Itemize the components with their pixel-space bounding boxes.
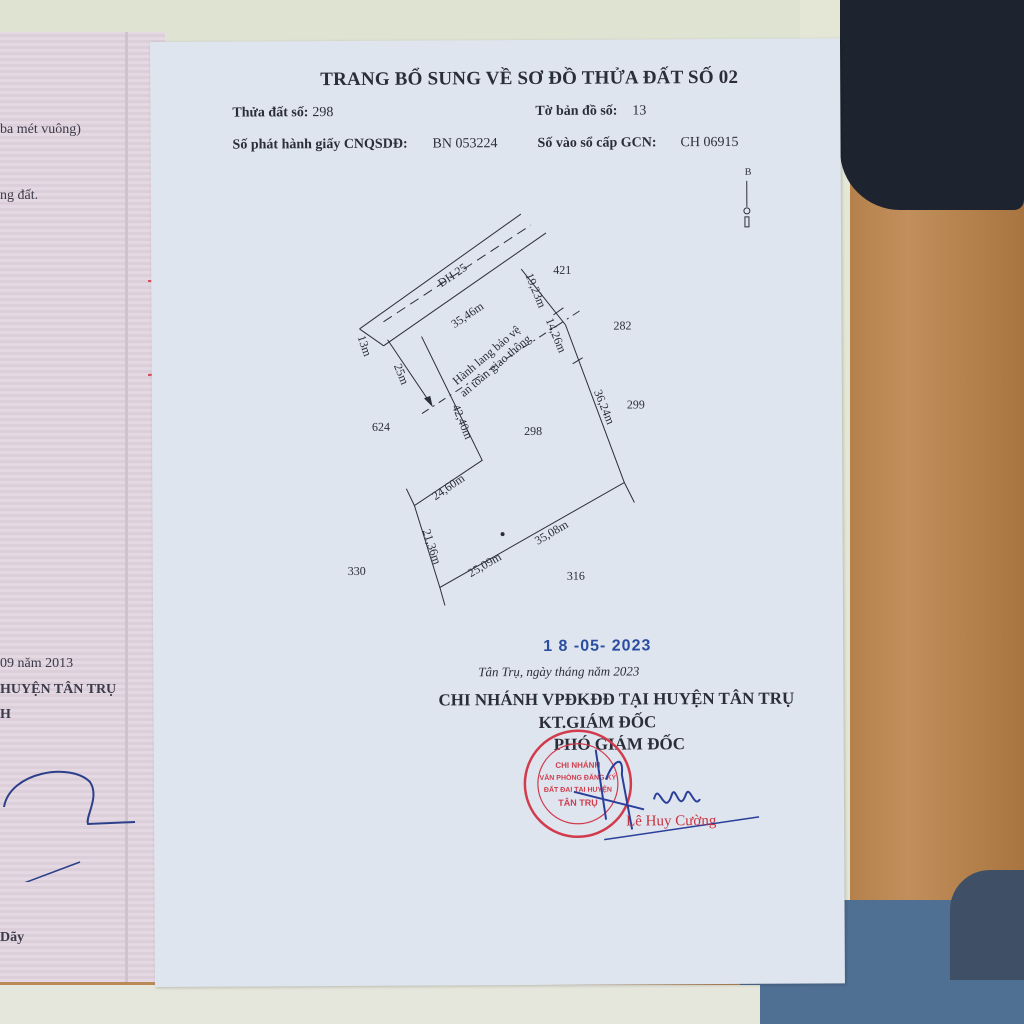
issuing-office: CHI NHÁNH VPĐKĐĐ TẠI HUYỆN TÂN TRỤ: [438, 689, 794, 711]
dim-south-east: 35,08m: [532, 517, 571, 548]
cert-signature: [0, 762, 140, 882]
dim-east-upper-2: 14,26m: [543, 316, 570, 356]
dim-east-lower: 36,24m: [591, 388, 618, 428]
cert-area-unit-text: ba mét vuông): [0, 122, 81, 138]
background-bottom: [0, 985, 760, 1024]
parcel-624: 624: [372, 420, 390, 434]
parcel-282: 282: [613, 318, 631, 332]
parcel-421: 421: [553, 263, 571, 277]
fabric-denim-fold: [950, 870, 1024, 980]
land-plot-supplement-page: TRANG BỔ SUNG VỀ SƠ ĐỒ THỬA ĐẤT SỐ 02 Th…: [150, 38, 845, 987]
parcel-299: 299: [627, 397, 645, 411]
parcel-316: 316: [567, 569, 585, 583]
dim-west-step: 24,60m: [429, 471, 467, 503]
north-label: B: [745, 167, 752, 178]
background-certificate: ba mét vuông) ng đất. 09 năm 2013 HUYỆN …: [0, 32, 165, 982]
dim-west-upper: 42,40m: [449, 402, 476, 442]
cert-land-text: ng đất.: [0, 188, 38, 204]
road-label: ĐH 25: [435, 260, 470, 290]
dim-west-lower: 21,36m: [420, 527, 445, 567]
date-stamp: 1 8 -05- 2023: [543, 637, 651, 656]
parcel-330: 330: [348, 564, 366, 578]
handwritten-signature: [554, 739, 765, 850]
dim-corridor-depth: 25m: [391, 362, 412, 388]
cert-h-text: H: [0, 707, 11, 723]
dim-south-west: 25,09m: [465, 549, 504, 580]
signer-name: Lê Huy Cường: [626, 813, 716, 830]
parcel-main: 298: [524, 424, 542, 438]
north-arrow-icon: [744, 181, 750, 227]
dark-bag-object: [840, 0, 1024, 210]
cert-office-text: HUYỆN TÂN TRỤ: [0, 682, 116, 698]
place-date-line: Tân Trụ, ngày tháng năm 2023: [478, 663, 639, 680]
cert-name-text: Dãy: [0, 930, 24, 946]
cert-date-text: 09 năm 2013: [0, 656, 73, 672]
dim-east-upper-1: 19,23m: [522, 271, 549, 311]
dim-front-edge: 35,46m: [448, 298, 486, 330]
